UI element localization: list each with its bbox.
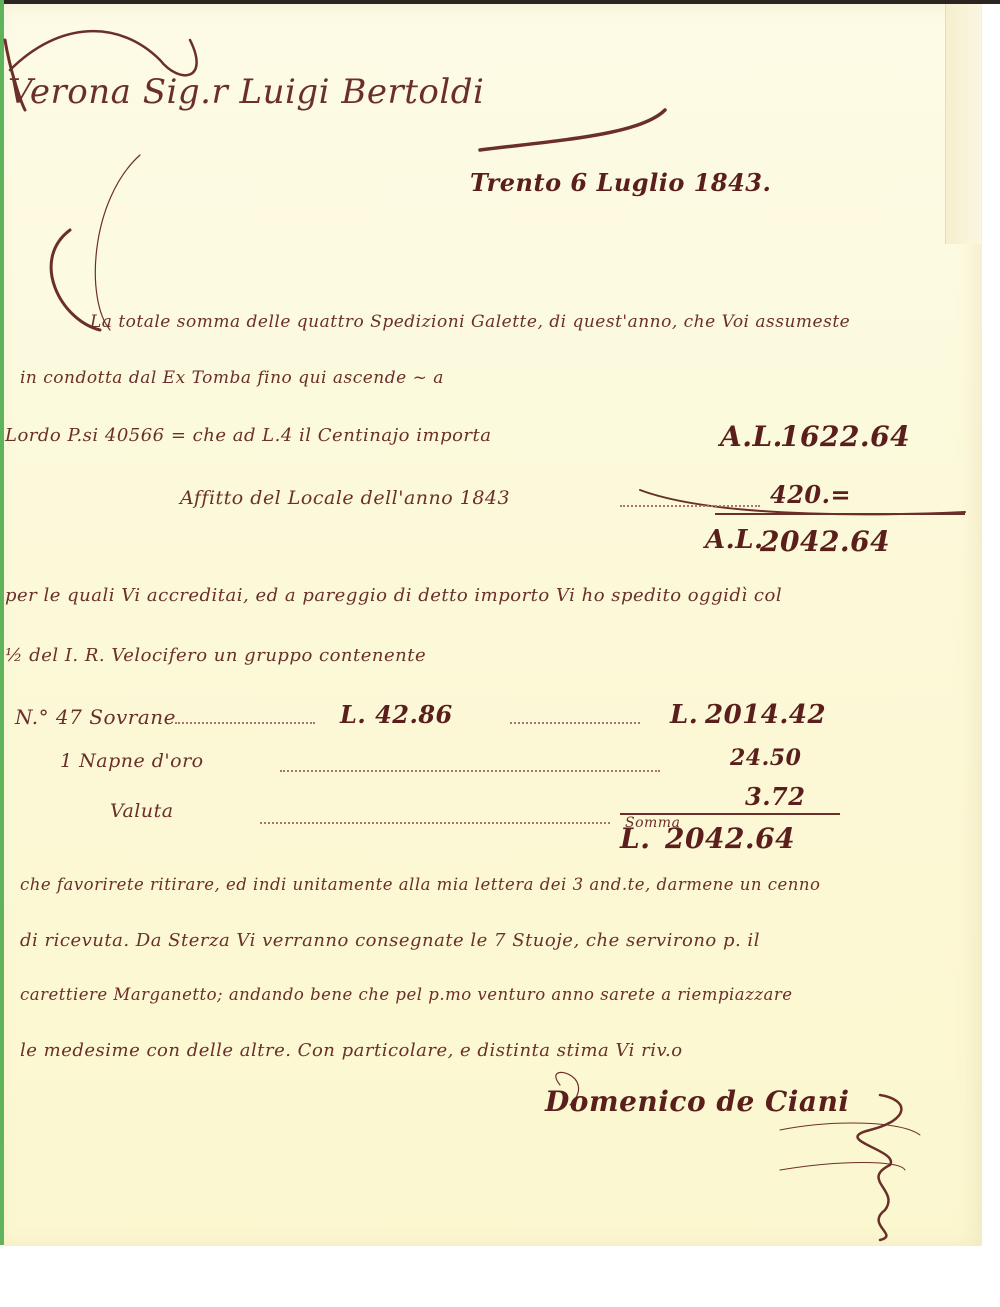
leader-dots: [175, 722, 315, 724]
place-date: Trento 6 Luglio 1843.: [470, 168, 771, 197]
addressee-line: Verona Sig.r Luigi Bertoldi: [8, 72, 484, 112]
closing-line-4: le medesime con delle altre. Con partico…: [20, 1040, 683, 1061]
total-2-amount: 2042.64: [665, 822, 795, 855]
paper-fold: [945, 4, 981, 244]
leader-dots: [260, 822, 610, 824]
signature: Domenico de Ciani: [545, 1085, 850, 1118]
closing-line-2: di ricevuta. Da Sterza Vi verranno conse…: [20, 930, 760, 951]
leader-dots: [280, 770, 660, 772]
napne-amount: 24.50: [730, 745, 801, 771]
body-line-3: per le quali Vi accreditai, ed a pareggi…: [5, 585, 782, 606]
valuta-label: Valuta: [110, 800, 174, 822]
account-1-currency: A.L.: [720, 420, 783, 453]
account-1-label: Lordo P.si 40566 = che ad L.4 il Centina…: [5, 425, 492, 446]
total-2-currency: L.: [620, 822, 650, 855]
napne-label: 1 Napne d'oro: [60, 750, 204, 772]
closing-line-1: che favorirete ritirare, ed indi unitame…: [20, 875, 821, 894]
leader-dots: [620, 505, 760, 507]
body-line-1: La totale somma delle quattro Spedizioni…: [90, 312, 850, 332]
sovrane-label: N.° 47 Sovrane: [15, 705, 176, 729]
sum-rule: [620, 813, 840, 815]
account-2-label: Affitto del Locale dell'anno 1843: [180, 487, 510, 509]
total-1-amount: 2042.64: [760, 525, 890, 558]
account-2-amount: 420.=: [770, 480, 851, 509]
sum-rule: [715, 513, 965, 515]
account-1-amount: 1622.64: [780, 420, 910, 453]
sovrane-amount: 2014.42: [705, 700, 826, 730]
valuta-amount: 3.72: [745, 782, 805, 811]
closing-line-3: carettiere Marganetto; andando bene che …: [20, 985, 793, 1004]
sovrane-unit-price: L. 42.86: [340, 700, 453, 729]
leader-dots: [510, 722, 640, 724]
sovrane-currency: L.: [670, 700, 698, 730]
total-1-currency: A.L.: [705, 525, 764, 555]
body-line-2: in condotta dal Ex Tomba fino qui ascend…: [20, 368, 444, 388]
body-line-4: ½ del I. R. Velocifero un gruppo contene…: [5, 645, 426, 666]
